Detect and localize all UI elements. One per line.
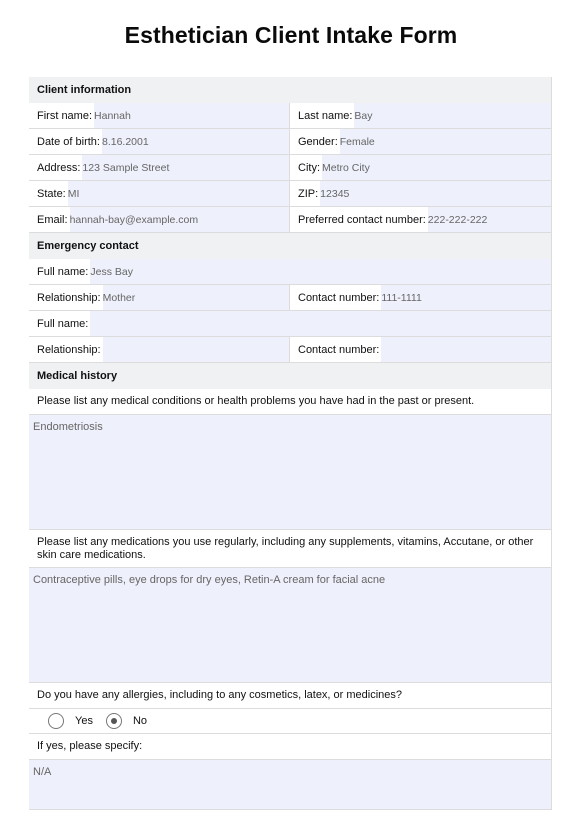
intake-form: Client information First name: Hannah La… [29, 77, 552, 810]
emergency1-contact-field: Contact number: 111-1111 [290, 285, 551, 310]
specify-textarea[interactable]: N/A [29, 760, 551, 810]
email-label: Email: [29, 207, 70, 232]
emergency1-row-relationship: Relationship: Mother Contact number: 111… [29, 285, 551, 311]
emergency1-contact-label: Contact number: [290, 285, 381, 310]
state-label: State: [29, 181, 68, 206]
first-name-field: First name: Hannah [29, 103, 290, 128]
dob-input[interactable]: 8.16.2001 [102, 129, 289, 154]
client-row-address: Address: 123 Sample Street City: Metro C… [29, 155, 551, 181]
preferred-contact-field: Preferred contact number: 222-222-222 [290, 207, 551, 232]
section-emergency-contact: Emergency contact [29, 233, 551, 259]
section-client-information: Client information [29, 77, 551, 103]
city-field: City: Metro City [290, 155, 551, 180]
gender-label: Gender: [290, 129, 340, 154]
emergency2-full-name-field: Full name: [29, 311, 551, 336]
address-field: Address: 123 Sample Street [29, 155, 290, 180]
client-row-state: State: MI ZIP: 12345 [29, 181, 551, 207]
allergies-radio-group: Yes No [29, 709, 551, 734]
emergency2-contact-input[interactable] [381, 337, 551, 362]
emergency1-full-name-field: Full name: Jess Bay [29, 259, 551, 284]
dob-label: Date of birth: [29, 129, 102, 154]
client-row-name: First name: Hannah Last name: Bay [29, 103, 551, 129]
gender-input[interactable]: Female [340, 129, 551, 154]
allergies-no-radio[interactable] [106, 713, 122, 729]
emergency1-contact-input[interactable]: 111-1111 [381, 285, 551, 310]
emergency1-full-name-label: Full name: [29, 259, 90, 284]
first-name-input[interactable]: Hannah [94, 103, 289, 128]
emergency2-row-name: Full name: [29, 311, 551, 337]
emergency1-full-name-input[interactable]: Jess Bay [90, 259, 551, 284]
city-input[interactable]: Metro City [322, 155, 551, 180]
preferred-contact-input[interactable]: 222-222-222 [428, 207, 551, 232]
client-row-email: Email: hannah-bay@example.com Preferred … [29, 207, 551, 233]
emergency1-relationship-field: Relationship: Mother [29, 285, 290, 310]
email-input[interactable]: hannah-bay@example.com [70, 207, 289, 232]
emergency1-relationship-input[interactable]: Mother [103, 285, 289, 310]
preferred-contact-label: Preferred contact number: [290, 207, 428, 232]
conditions-question: Please list any medical conditions or he… [29, 389, 551, 415]
emergency2-contact-label: Contact number: [290, 337, 381, 362]
emergency2-relationship-field: Relationship: [29, 337, 290, 362]
allergies-question: Do you have any allergies, including to … [29, 683, 551, 709]
emergency1-relationship-label: Relationship: [29, 285, 103, 310]
form-title: Esthetician Client Intake Form [0, 22, 582, 49]
last-name-input[interactable]: Bay [354, 103, 551, 128]
zip-label: ZIP: [290, 181, 320, 206]
email-field: Email: hannah-bay@example.com [29, 207, 290, 232]
emergency2-relationship-input[interactable] [103, 337, 289, 362]
last-name-field: Last name: Bay [290, 103, 551, 128]
specify-label: If yes, please specify: [29, 734, 551, 760]
zip-field: ZIP: 12345 [290, 181, 551, 206]
emergency2-relationship-label: Relationship: [29, 337, 103, 362]
dob-field: Date of birth: 8.16.2001 [29, 129, 290, 154]
city-label: City: [290, 155, 322, 180]
allergies-yes-label[interactable]: Yes [75, 715, 93, 727]
emergency1-row-name: Full name: Jess Bay [29, 259, 551, 285]
emergency2-row-relationship: Relationship: Contact number: [29, 337, 551, 363]
radio-selected-dot [111, 718, 117, 724]
emergency2-full-name-label: Full name: [29, 311, 90, 336]
medications-textarea[interactable]: Contraceptive pills, eye drops for dry e… [29, 568, 551, 683]
last-name-label: Last name: [290, 103, 354, 128]
section-medical-history: Medical history [29, 363, 551, 389]
address-input[interactable]: 123 Sample Street [82, 155, 289, 180]
state-field: State: MI [29, 181, 290, 206]
allergies-no-label[interactable]: No [133, 715, 147, 727]
zip-input[interactable]: 12345 [320, 181, 551, 206]
client-row-dob: Date of birth: 8.16.2001 Gender: Female [29, 129, 551, 155]
medications-question: Please list any medications you use regu… [29, 530, 551, 568]
first-name-label: First name: [29, 103, 94, 128]
gender-field: Gender: Female [290, 129, 551, 154]
emergency2-contact-field: Contact number: [290, 337, 551, 362]
allergies-yes-radio[interactable] [48, 713, 64, 729]
conditions-textarea[interactable]: Endometriosis [29, 415, 551, 530]
state-input[interactable]: MI [68, 181, 289, 206]
emergency2-full-name-input[interactable] [90, 311, 551, 336]
address-label: Address: [29, 155, 82, 180]
